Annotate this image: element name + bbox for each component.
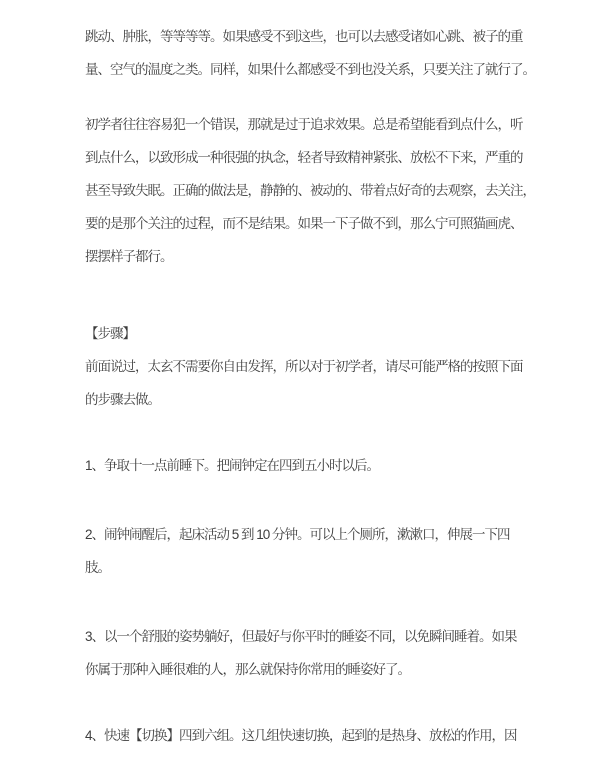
text-line: 你属于那种入睡很难的人，那么就保持你常用的睡姿好了。 xyxy=(85,653,608,686)
text-line: 跳动、肿胀，等等等等。如果感受不到这些，也可以去感受诸如心跳、被子的重 xyxy=(85,20,608,53)
paragraph-body-sensations: 跳动、肿胀，等等等等。如果感受不到这些，也可以去感受诸如心跳、被子的重 量、空气… xyxy=(85,20,608,86)
section-heading: 【步骤】 xyxy=(85,317,608,350)
text-line: 要的是那个关注的过程，而不是结果。如果一下子做不到，那么宁可照猫画虎、 xyxy=(85,207,608,240)
step-item-4: 4、快速【切换】四到六组。这几组快速切换，起到的是热身、放松的作用，因 xyxy=(85,719,608,752)
section-steps: 【步骤】 前面说过，太玄不需要你自由发挥，所以对于初学者，请尽可能严格的按照下面… xyxy=(85,317,608,416)
text-line: 1、争取十一点前睡下。把闹钟定在四到五小时以后。 xyxy=(85,449,608,482)
paragraph-beginner-mistake: 初学者往往容易犯一个错误，那就是过于追求效果。总是希望能看到点什么，听 到点什么… xyxy=(85,108,608,273)
step-item-1: 1、争取十一点前睡下。把闹钟定在四到五小时以后。 xyxy=(85,449,608,482)
text-line: 量、空气的温度之类。同样，如果什么都感受不到也没关系，只要关注了就行了。 xyxy=(85,53,608,86)
text-line: 前面说过，太玄不需要你自由发挥，所以对于初学者，请尽可能严格的按照下面 xyxy=(85,350,608,383)
document-page: 跳动、肿胀，等等等等。如果感受不到这些，也可以去感受诸如心跳、被子的重 量、空气… xyxy=(0,0,608,770)
text-line: 3、以一个舒服的姿势躺好，但最好与你平时的睡姿不同，以免瞬间睡着。如果 xyxy=(85,620,608,653)
text-line: 的步骤去做。 xyxy=(85,383,608,416)
text-line: 4、快速【切换】四到六组。这几组快速切换，起到的是热身、放松的作用，因 xyxy=(85,719,608,752)
step-item-3: 3、以一个舒服的姿势躺好，但最好与你平时的睡姿不同，以免瞬间睡着。如果 你属于那… xyxy=(85,620,608,686)
step-item-2: 2、闹钟闹醒后，起床活动 5 到 10 分钟。可以上个厕所，漱漱口，伸展一下四 … xyxy=(85,518,608,584)
text-line: 初学者往往容易犯一个错误，那就是过于追求效果。总是希望能看到点什么，听 xyxy=(85,108,608,141)
text-line: 甚至导致失眠。正确的做法是，静静的、被动的、带着点好奇的去观察，去关注， xyxy=(85,174,608,207)
text-line: 肢。 xyxy=(85,551,608,584)
text-line: 到点什么，以致形成一种很强的执念，轻者导致精神紧张、放松不下来，严重的 xyxy=(85,141,608,174)
text-line: 摆摆样子都行。 xyxy=(85,240,608,273)
text-line: 2、闹钟闹醒后，起床活动 5 到 10 分钟。可以上个厕所，漱漱口，伸展一下四 xyxy=(85,518,608,551)
